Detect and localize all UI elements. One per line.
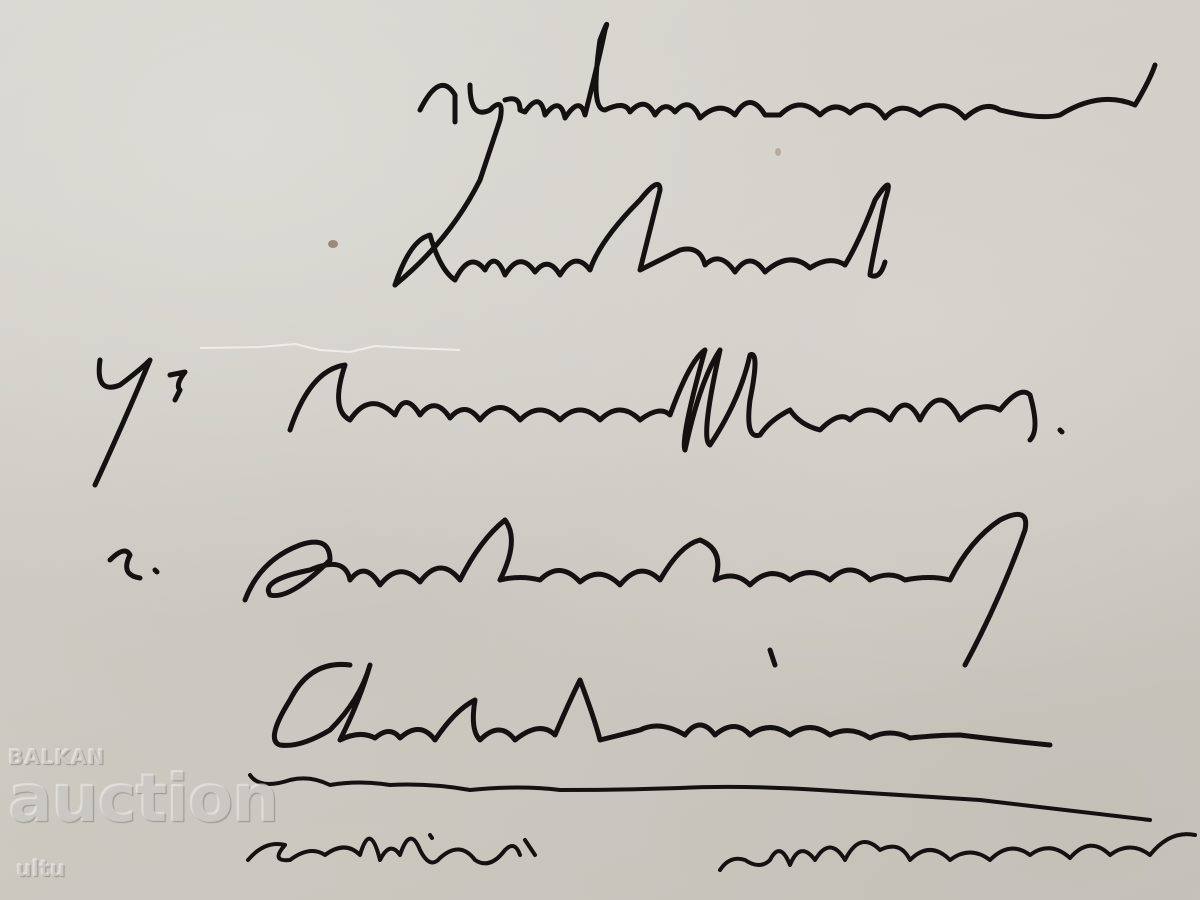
balkan-auction-watermark: BALKAN auction ultu xyxy=(8,745,278,882)
handwritten-line-1: Изпълнена xyxy=(420,70,696,121)
handwritten-line-2: Отписвамъ xyxy=(395,205,690,256)
handwritten-line-5-witnesses: Свидѣтели xyxy=(270,665,617,725)
watermark-main-text: auction xyxy=(8,769,278,829)
watermark-bottom-text: ultu xyxy=(16,857,278,882)
handwritten-line-4-place: г. Кюстендилъ xyxy=(105,530,554,590)
handwritten-line-6-signature: Найчо Ангеловъ xyxy=(250,830,659,881)
handwritten-line-3-date: 7-й Май 1888 год. xyxy=(95,360,620,420)
